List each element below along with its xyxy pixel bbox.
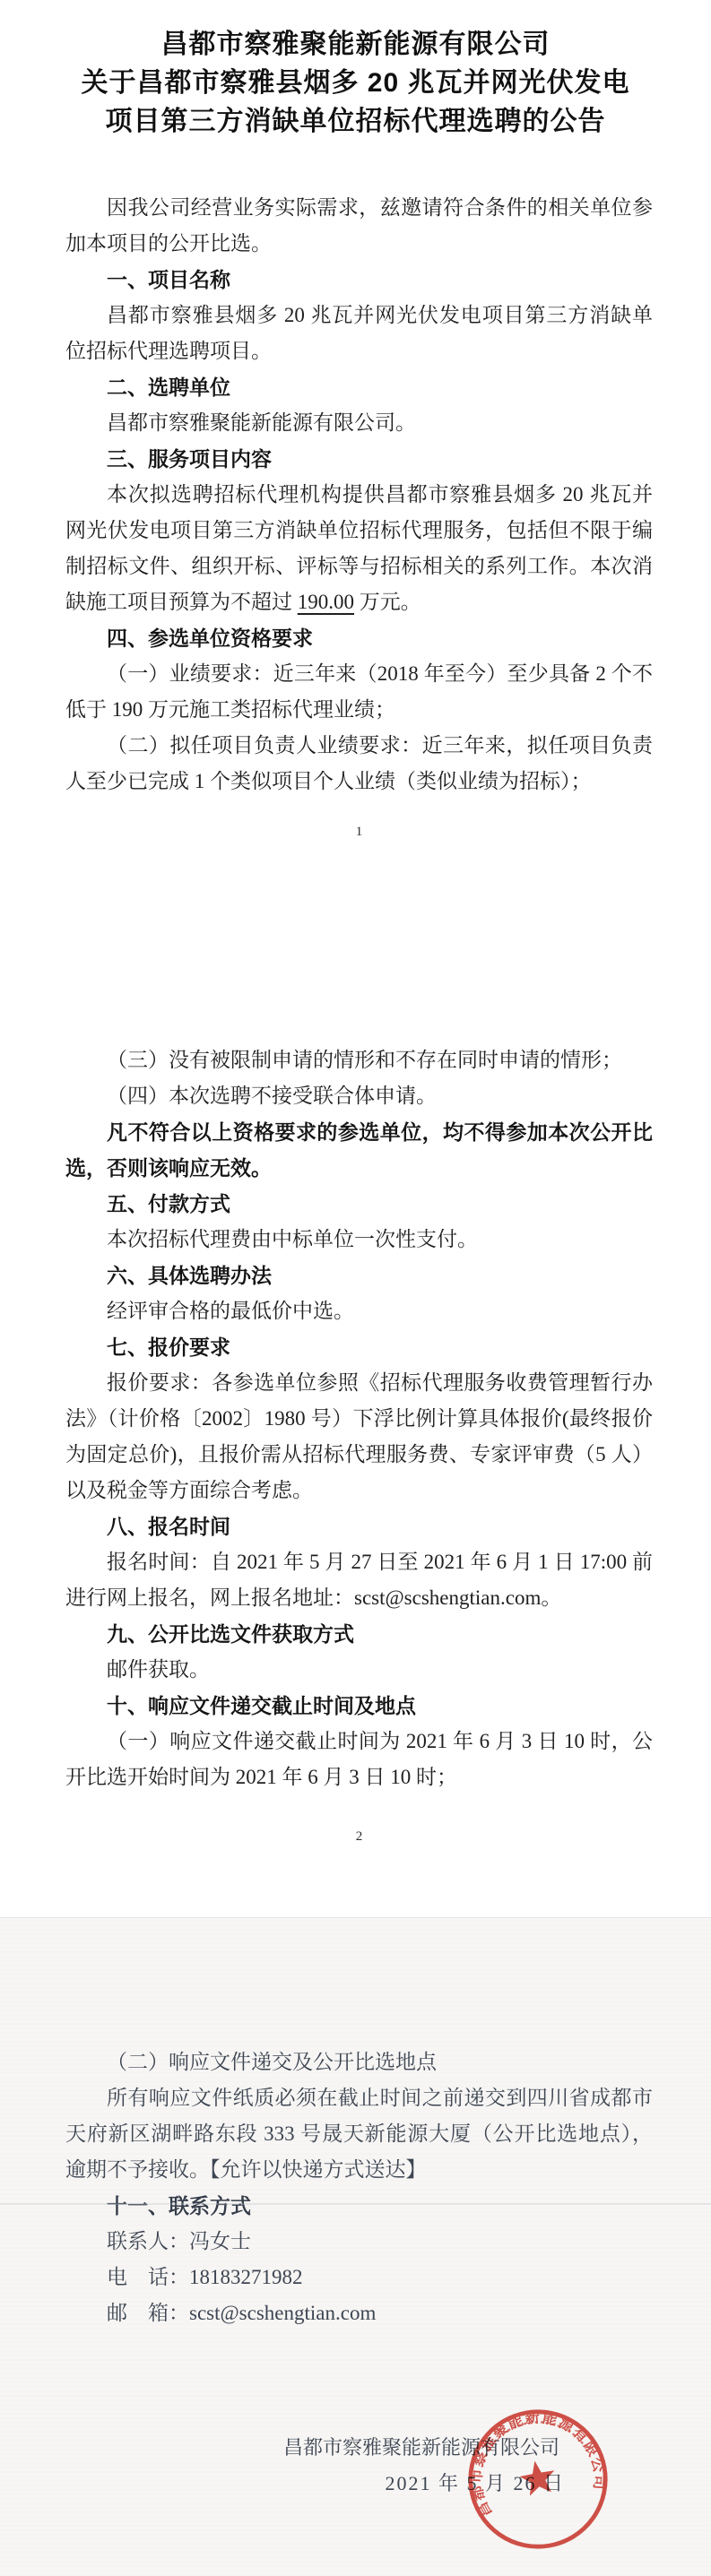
contact-name: 联系人：冯女士	[65, 2224, 653, 2260]
section-5-paragraph: 本次招标代理费由中标单位一次性支付。	[65, 1222, 653, 1258]
title-line-1: 昌都市察雅聚能新能源有限公司	[0, 25, 711, 64]
section-3-heading: 三、服务项目内容	[65, 441, 653, 477]
page-break-gap	[65, 841, 653, 1042]
scan-artifact-line	[0, 2203, 711, 2205]
contact-phone: 电 话：18183271982	[65, 2260, 653, 2295]
deadline-item-2: （二）响应文件递交及公开比选地点	[65, 2044, 653, 2080]
announcement-document: 昌都市察雅聚能新能源有限公司 关于昌都市察雅县烟多 20 兆瓦并网光伏发电 项目…	[0, 0, 711, 2576]
intro-paragraph: 因我公司经营业务实际需求，兹邀请符合条件的相关单位参加本项目的公开比选。	[65, 190, 653, 262]
section-1-paragraph: 昌都市察雅县烟多 20 兆瓦并网光伏发电项目第三方消缺单位招标代理选聘项目。	[65, 298, 653, 369]
body-text-column: 因我公司经营业务实际需求，兹邀请符合条件的相关单位参加本项目的公开比选。 一、项…	[65, 190, 653, 1846]
section-7-heading: 七、报价要求	[65, 1329, 653, 1365]
page-3-text-column: （二）响应文件递交及公开比选地点 所有响应文件纸质必须在截止时间之前递交到四川省…	[65, 1918, 653, 2497]
title-line-3: 项目第三方消缺单位招标代理选聘的公告	[0, 102, 711, 141]
section-6-paragraph: 经评审合格的最低价中选。	[65, 1293, 653, 1329]
delivery-address-paragraph: 所有响应文件纸质必须在截止时间之前递交到四川省成都市天府新区湖畔路东段 333 …	[65, 2080, 653, 2188]
document-title: 昌都市察雅聚能新能源有限公司 关于昌都市察雅县烟多 20 兆瓦并网光伏发电 项目…	[0, 0, 711, 141]
title-line-2: 关于昌都市察雅县烟多 20 兆瓦并网光伏发电	[0, 64, 711, 102]
section-8-paragraph: 报名时间：自 2021 年 5 月 27 日至 2021 年 6 月 1 日 1…	[65, 1544, 653, 1616]
section-2-heading: 二、选聘单位	[65, 369, 653, 405]
qualification-item-3: （三）没有被限制申请的情形和不存在同时申请的情形；	[65, 1042, 653, 1078]
signature-company: 昌都市察雅聚能新能源有限公司	[65, 2434, 559, 2461]
budget-amount: 190.00	[298, 591, 354, 613]
page-number-2: 2	[65, 1828, 653, 1846]
qualification-item-2: （二）拟任项目负责人业绩要求：近三年来，拟任项目负责人至少已完成 1 个类似项目…	[65, 728, 653, 800]
budget-text-post: 万元。	[354, 591, 421, 613]
signature-date: 2021 年 5 月 26 日	[65, 2470, 565, 2497]
contact-email: 邮 箱：scst@scshengtian.com	[65, 2295, 653, 2331]
section-3-paragraph: 本次拟选聘招标代理机构提供昌都市察雅县烟多 20 兆瓦并网光伏发电项目第三方消缺…	[65, 477, 653, 620]
section-1-heading: 一、项目名称	[65, 262, 653, 298]
section-8-heading: 八、报名时间	[65, 1508, 653, 1544]
qualification-item-1: （一）业绩要求：近三年来（2018 年至今）至少具备 2 个不低于 190 万元…	[65, 656, 653, 728]
page-number-1: 1	[65, 823, 653, 841]
page-3-scanned: （二）响应文件递交及公开比选地点 所有响应文件纸质必须在截止时间之前递交到四川省…	[0, 1917, 711, 2576]
page-1-2: 昌都市察雅聚能新能源有限公司 关于昌都市察雅县烟多 20 兆瓦并网光伏发电 项目…	[0, 0, 711, 1917]
section-7-paragraph: 报价要求：各参选单位参照《招标代理服务收费管理暂行办法》（计价格〔2002〕19…	[65, 1365, 653, 1508]
deadline-item-1: （一）响应文件递交截止时间为 2021 年 6 月 3 日 10 时，公开比选开…	[65, 1724, 653, 1795]
qualification-item-4: （四）本次选聘不接受联合体申请。	[65, 1078, 653, 1114]
section-9-paragraph: 邮件获取。	[65, 1652, 653, 1688]
section-4-heading: 四、参选单位资格要求	[65, 620, 653, 656]
section-6-heading: 六、具体选聘办法	[65, 1258, 653, 1293]
qualification-warning: 凡不符合以上资格要求的参选单位，均不得参加本次公开比选，否则该响应无效。	[65, 1114, 653, 1186]
section-11-heading: 十一、联系方式	[65, 2188, 653, 2224]
section-10-heading: 十、响应文件递交截止时间及地点	[65, 1688, 653, 1724]
section-2-paragraph: 昌都市察雅聚能新能源有限公司。	[65, 405, 653, 441]
section-9-heading: 九、公开比选文件获取方式	[65, 1616, 653, 1652]
section-5-heading: 五、付款方式	[65, 1186, 653, 1222]
